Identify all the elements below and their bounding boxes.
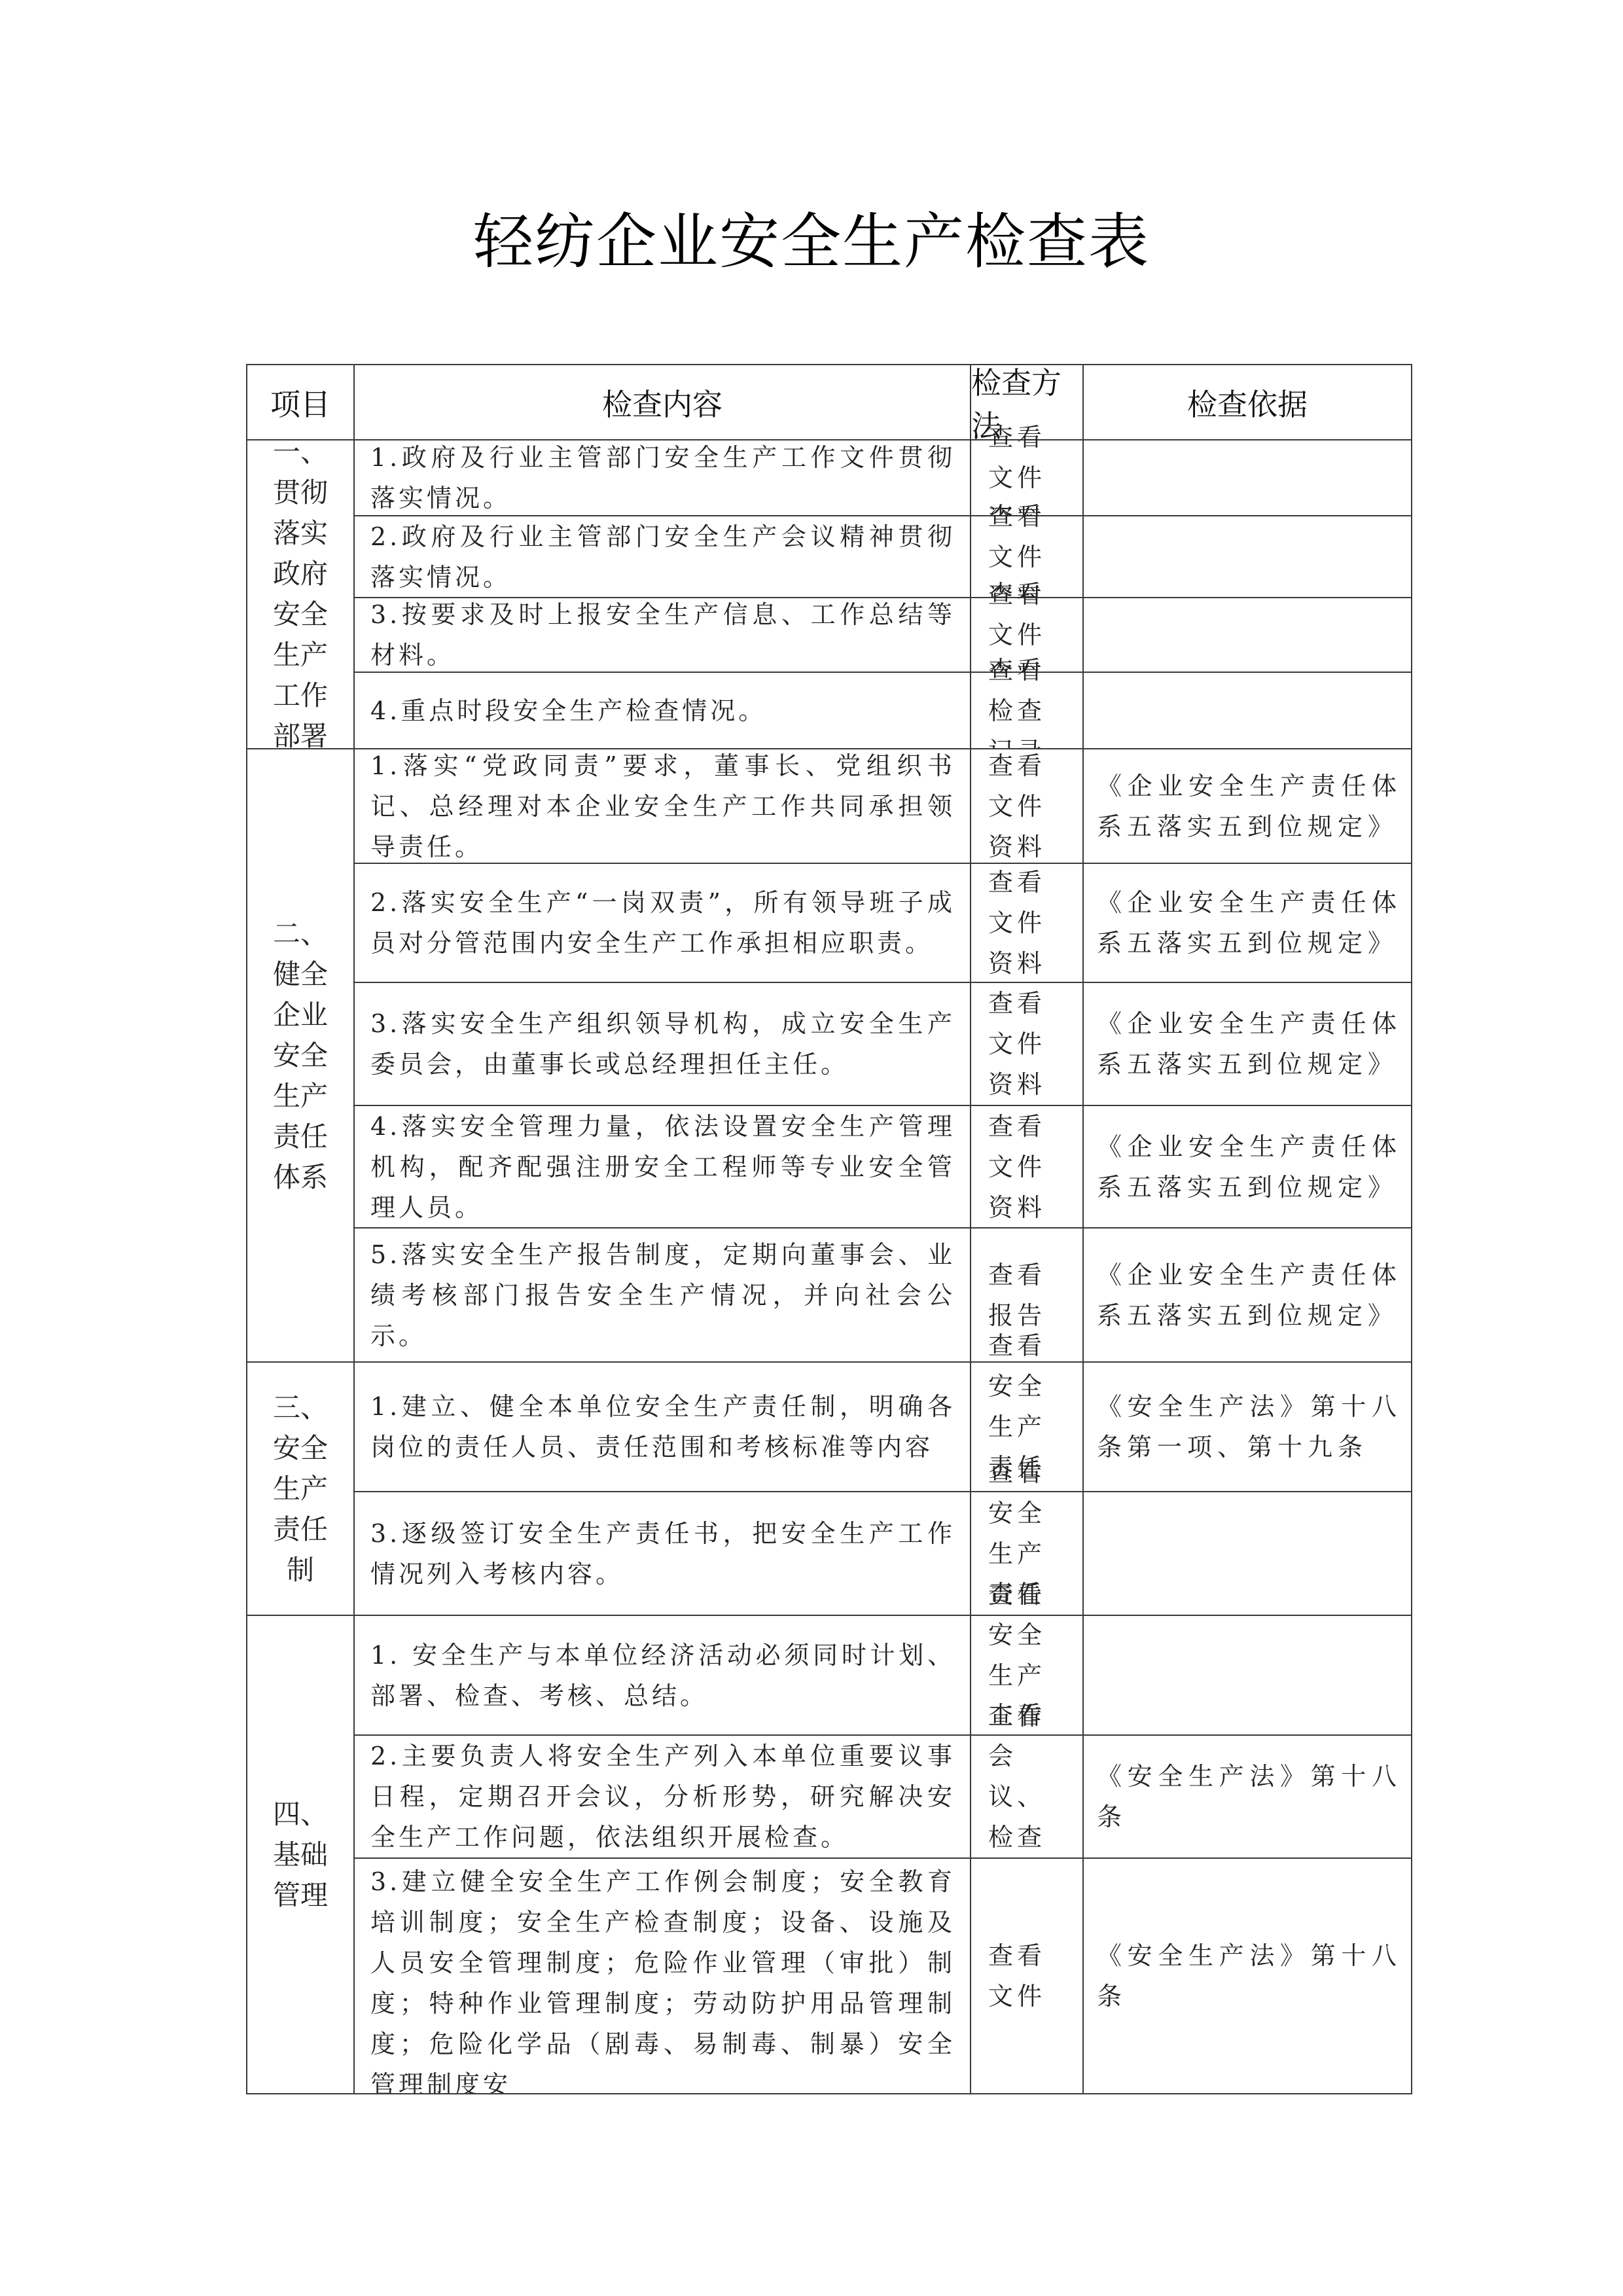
table-row-content: 3.建立健全安全生产工作例会制度；安全教育培训制度；安全生产检查制度；设备、设施… <box>353 1857 971 2094</box>
table-row-content: 2.主要负责人将安全生产列入本单位重要议事日程，定期召开会议，分析形势，研究解决… <box>353 1734 971 1859</box>
table-row-basis: 《企业安全生产责任体系五落实五到位规定》 <box>1082 1105 1412 1229</box>
row-content-text: 2.政府及行业主管部门安全生产会议精神贯彻落实情况。 <box>370 516 955 598</box>
row-content-text: 3.按要求及时上报安全生产信息、工作总结等材料。 <box>370 594 955 675</box>
row-basis-text: 《企业安全生产责任体系五落实五到位规定》 <box>1097 766 1402 847</box>
row-basis-text: 《企业安全生产责任体系五落实五到位规定》 <box>1097 1126 1402 1208</box>
table-row-basis: 《企业安全生产责任体系五落实五到位规定》 <box>1082 1227 1412 1363</box>
table-row-content: 2.落实安全生产“一岗双责”，所有领导班子成员对分管范围内安全生产工作承担相应职… <box>353 863 971 983</box>
table-row-content: 3.逐级签订安全生产责任书，把安全生产工作情况列入考核内容。 <box>353 1491 971 1616</box>
header-basis: 检查依据 <box>1082 364 1412 440</box>
table-row-basis <box>1082 1615 1412 1736</box>
row-method-text: 查看文件资料 <box>988 1106 1068 1228</box>
section-2-category-label: 二、健全企业安全生产责任体系 <box>270 914 330 1198</box>
section-3-category-label: 三、安全生产责任制 <box>270 1388 330 1590</box>
table-row-basis <box>1082 597 1412 673</box>
section-4-category-label: 四、基础管理 <box>270 1794 330 1916</box>
row-content-text: 1.落实“党政同责”要求，董事长、党组织书记、总经理对本企业安全生产工作共同承担… <box>370 745 955 867</box>
row-basis-text: 《企业安全生产责任体系五落实五到位规定》 <box>1097 1255 1402 1336</box>
row-content-text: 3.逐级签订安全生产责任书，把安全生产工作情况列入考核内容。 <box>370 1513 955 1594</box>
table-row-method: 查看文件资料 <box>970 748 1084 864</box>
section-3-category: 三、安全生产责任制 <box>246 1361 355 1616</box>
table-row-content: 4.落实安全管理力量，依法设置安全生产管理机构，配齐配强注册安全工程师等专业安全… <box>353 1105 971 1229</box>
table-row-content: 4.重点时段安全生产检查情况。 <box>353 672 971 749</box>
row-content-text: 4.重点时段安全生产检查情况。 <box>370 691 955 731</box>
row-method-text: 查看文件资料 <box>988 983 1068 1105</box>
table-row-method: 查看检查记录 <box>970 672 1084 749</box>
table-row-basis <box>1082 672 1412 749</box>
section-1-category-label: 一、贯彻落实政府安全生产工作部署 <box>270 432 330 757</box>
row-basis-text: 《企业安全生产责任体系五落实五到位规定》 <box>1097 882 1402 963</box>
row-content-text: 3.建立健全安全生产工作例会制度；安全教育培训制度；安全生产检查制度；设备、设施… <box>370 1861 955 2094</box>
table-row-basis: 《安全生产法》第十八条第一项、第十九条 <box>1082 1361 1412 1492</box>
header-content: 检查内容 <box>353 364 971 440</box>
table-row-method: 查看文件 <box>970 1857 1084 2094</box>
row-method-text: 查看文件资料 <box>988 862 1068 984</box>
table-row-method: 查看文件资料 <box>970 982 1084 1106</box>
section-1-category: 一、贯彻落实政府安全生产工作部署 <box>246 439 355 749</box>
row-content-text: 3.落实安全生产组织领导机构，成立安全生产委员会，由董事长或总经理担任主任。 <box>370 1003 955 1085</box>
table-row-basis: 《企业安全生产责任体系五落实五到位规定》 <box>1082 982 1412 1106</box>
row-content-text: 4.落实安全管理力量，依法设置安全生产管理机构，配齐配强注册安全工程师等专业安全… <box>370 1106 955 1228</box>
table-row-basis <box>1082 439 1412 516</box>
row-basis-text: 《企业安全生产责任体系五落实五到位规定》 <box>1097 1003 1402 1085</box>
row-basis-text: 《安全生产法》第十八条 <box>1097 1756 1402 1837</box>
row-method-text: 查看报告 <box>988 1255 1068 1336</box>
table-row-basis: 《企业安全生产责任体系五落实五到位规定》 <box>1082 863 1412 983</box>
table-row-content: 1.建立、健全本单位安全生产责任制，明确各岗位的责任人员、责任范围和考核标准等内… <box>353 1361 971 1492</box>
page-title: 轻纺企业安全生产检查表 <box>0 196 1623 288</box>
table-row-basis <box>1082 515 1412 598</box>
table-row-content: 1.政府及行业主管部门安全生产工作文件贯彻落实情况。 <box>353 439 971 516</box>
table-row-content: 1. 安全生产与本单位经济活动必须同时计划、部署、检查、考核、总结。 <box>353 1615 971 1736</box>
row-content-text: 2.主要负责人将安全生产列入本单位重要议事日程，定期召开会议，分析形势，研究解决… <box>370 1736 955 1857</box>
row-content-text: 1. 安全生产与本单位经济活动必须同时计划、部署、检查、考核、总结。 <box>370 1635 955 1716</box>
row-content-text: 1.政府及行业主管部门安全生产工作文件贯彻落实情况。 <box>370 437 955 518</box>
row-content-text: 2.落实安全生产“一岗双责”，所有领导班子成员对分管范围内安全生产工作承担相应职… <box>370 882 955 963</box>
table-row-content: 5.落实安全生产报告制度，定期向董事会、业绩考核部门报告安全生产情况，并向社会公… <box>353 1227 971 1363</box>
table-row-content: 2.政府及行业主管部门安全生产会议精神贯彻落实情况。 <box>353 515 971 598</box>
row-content-text: 1.建立、健全本单位安全生产责任制，明确各岗位的责任人员、责任范围和考核标准等内… <box>370 1386 955 1467</box>
row-basis-text: 《安全生产法》第十八条 <box>1097 1935 1402 2017</box>
table-row-method: 查看文件资料 <box>970 1105 1084 1229</box>
table-row-basis <box>1082 1491 1412 1616</box>
table-row-basis: 《安全生产法》第十八条 <box>1082 1857 1412 2094</box>
table-row-content: 3.按要求及时上报安全生产信息、工作总结等材料。 <box>353 597 971 673</box>
row-basis-text: 《安全生产法》第十八条第一项、第十九条 <box>1097 1386 1402 1467</box>
table-row-method: 查看会议、检查记录 <box>970 1734 1084 1859</box>
table-row-content: 1.落实“党政同责”要求，董事长、党组织书记、总经理对本企业安全生产工作共同承担… <box>353 748 971 864</box>
row-content-text: 5.落实安全生产报告制度，定期向董事会、业绩考核部门报告安全生产情况，并向社会公… <box>370 1234 955 1356</box>
table-row-basis: 《企业安全生产责任体系五落实五到位规定》 <box>1082 748 1412 864</box>
section-4-category: 四、基础管理 <box>246 1615 355 2094</box>
section-2-category: 二、健全企业安全生产责任体系 <box>246 748 355 1363</box>
table-row-basis: 《安全生产法》第十八条 <box>1082 1734 1412 1859</box>
row-method-text: 查看文件资料 <box>988 745 1068 867</box>
row-method-text: 查看文件 <box>988 1935 1068 2017</box>
table-row-content: 3.落实安全生产组织领导机构，成立安全生产委员会，由董事长或总经理担任主任。 <box>353 982 971 1106</box>
header-item: 项目 <box>246 364 355 440</box>
table-row-method: 查看文件资料 <box>970 863 1084 983</box>
